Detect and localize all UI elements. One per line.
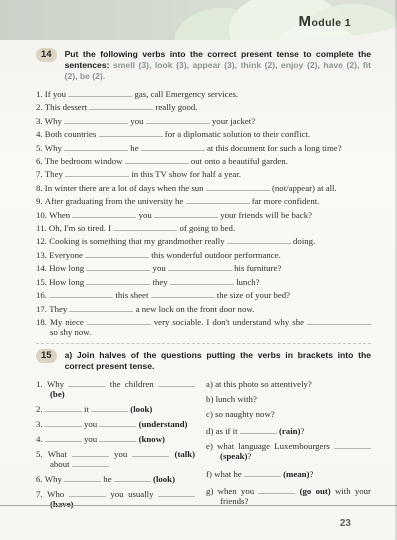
footer-rule: [0, 505, 397, 506]
sentence-item: 13. Everyone this wonderful outdoor perf…: [36, 250, 371, 260]
fill-in-blank: [64, 144, 128, 150]
page-content: 14 Put the following verbs into the corr…: [0, 40, 397, 504]
sentence-item: 5. Why he at this document for such a lo…: [36, 143, 371, 153]
question-stem-item: 2. it (look): [36, 404, 195, 414]
fill-in-blank: [146, 117, 210, 123]
question-half-item: e) what language Luxembourgers (speak)?: [206, 441, 371, 462]
task-number-badge: 14: [36, 48, 57, 62]
sentence-item: 4. Both countries for a diplomatic solut…: [36, 129, 371, 139]
question-stem-item: 3. you (understand): [36, 419, 195, 429]
sentence-item: 17. They a new lock on the front door no…: [36, 304, 371, 314]
fill-in-blank: [158, 380, 195, 386]
task-15: 15 a) Join halves of the questions putti…: [36, 350, 371, 515]
sentence-item: 12. Cooking is something that my grandmo…: [36, 236, 371, 246]
question-stem-item: 4. you (know): [36, 434, 195, 444]
task-14-header: 14 Put the following verbs into the corr…: [36, 49, 371, 82]
fill-in-blank: [69, 305, 133, 311]
fill-in-blank: [99, 435, 136, 441]
question-half-item: g) when you (go out) with your friends?: [206, 486, 371, 507]
fill-in-blank: [86, 278, 150, 284]
decorative-clouds-icon: [167, 0, 397, 40]
verb-list: smell (3), look (3), appear (3), think (…: [65, 60, 371, 81]
matching-columns: 1. Why the children (be)2. it (look)3. y…: [36, 379, 371, 515]
task-14: 14 Put the following verbs into the corr…: [36, 49, 371, 338]
page-number: 23: [340, 518, 351, 529]
fill-in-blank: [113, 225, 177, 231]
sentence-item: 15. How long they lunch?: [36, 277, 371, 287]
fill-in-blank: [45, 435, 82, 441]
fill-in-blank: [68, 91, 132, 97]
textbook-page: Module 1 14 Put the following verbs into…: [0, 0, 397, 540]
fill-in-blank: [45, 406, 82, 412]
fill-in-blank: [64, 476, 101, 482]
question-stems-column: 1. Why the children (be)2. it (look)3. y…: [36, 379, 195, 515]
fill-in-blank: [89, 104, 153, 110]
fill-in-blank: [141, 144, 205, 150]
fill-in-blank: [206, 184, 270, 190]
sentence-item: 6. The bedroom window out onto a beautif…: [36, 156, 371, 166]
fill-in-blank: [158, 491, 195, 497]
task-14-instruction: Put the following verbs into the correct…: [65, 49, 371, 82]
fill-in-blank: [307, 318, 371, 324]
fill-in-blank: [45, 420, 82, 426]
module-title: Module 1: [299, 13, 351, 30]
sentence-item: 18. My niece very sociable. I don't unde…: [36, 317, 371, 338]
fill-in-blank: [87, 318, 151, 324]
question-stem-item: 5. What you (talk) about: [36, 449, 195, 470]
fill-in-blank: [99, 131, 163, 137]
sentence-item: 9. After graduating from the university …: [36, 196, 371, 206]
fill-in-blank: [72, 461, 109, 467]
instruction-bold-text: a) Join halves of the questions putting …: [65, 350, 371, 371]
fill-in-blank: [64, 117, 128, 123]
question-half-item: a) at this photo so attentively?: [206, 379, 371, 389]
sentence-item: 14. How long you his furniture?: [36, 263, 371, 273]
question-half-item: b) lunch with?: [206, 394, 371, 404]
sentence-item: 10. When you your friends will be back?: [36, 210, 371, 220]
task-number-badge: 15: [36, 349, 57, 363]
fill-in-blank: [186, 198, 250, 204]
fill-in-blank: [49, 292, 113, 298]
question-stem-item: 1. Why the children (be): [36, 379, 195, 400]
question-half-item: f) what he (mean)?: [206, 469, 371, 479]
fill-in-blank: [86, 265, 150, 271]
question-half-item: c) so naughty now?: [206, 409, 371, 419]
fill-in-blank: [227, 238, 291, 244]
fill-in-blank: [151, 292, 215, 298]
fill-in-blank: [85, 251, 149, 257]
sentence-item: 7. They in this TV show for half a year.: [36, 169, 371, 179]
question-stem-item: 6. Why he (look): [36, 474, 195, 484]
fill-in-blank: [99, 420, 136, 426]
fill-in-blank: [334, 442, 371, 448]
fill-in-blank: [154, 211, 218, 217]
sentence-item: 3. Why you your jacket?: [36, 116, 371, 126]
task-separator: [36, 343, 371, 344]
task-14-sentences: 1. If you gas, call Emergency services.2…: [36, 89, 371, 338]
fill-in-blank: [240, 427, 277, 433]
fill-in-blank: [65, 171, 129, 177]
fill-in-blank: [91, 406, 128, 412]
sentence-item: 11. Oh, I'm so tired. I of going to bed.: [36, 223, 371, 233]
sentence-item: 1. If you gas, call Emergency services.: [36, 89, 371, 99]
sentence-item: 16. this sheet the size of your bed?: [36, 290, 371, 300]
question-stem-item: 7. Who you usually (have): [36, 489, 195, 510]
task-15-header: 15 a) Join halves of the questions putti…: [36, 350, 371, 372]
fill-in-blank: [244, 470, 281, 476]
fill-in-blank: [168, 265, 232, 271]
fill-in-blank: [72, 450, 109, 456]
page-header: Module 1: [0, 0, 397, 40]
sentence-item: 8. In winter there are a lot of days whe…: [36, 183, 371, 193]
question-half-item: d) as if it (rain)?: [206, 426, 371, 436]
fill-in-blank: [114, 476, 151, 482]
sentence-item: 2. This dessert really good.: [36, 102, 371, 112]
fill-in-blank: [72, 211, 136, 217]
question-halves-column: a) at this photo so attentively?b) lunch…: [206, 379, 371, 515]
fill-in-blank: [170, 278, 234, 284]
task-15-instruction: a) Join halves of the questions putting …: [65, 350, 371, 372]
fill-in-blank: [69, 491, 106, 497]
fill-in-blank: [68, 380, 105, 386]
fill-in-blank: [132, 450, 169, 456]
fill-in-blank: [125, 158, 189, 164]
fill-in-blank: [258, 488, 295, 494]
